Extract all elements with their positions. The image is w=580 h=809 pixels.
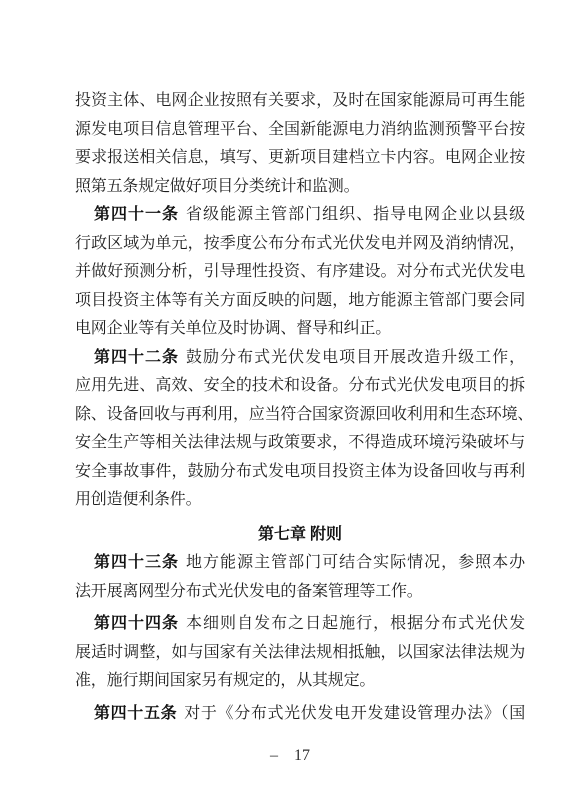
- document-line: 项目投资主体等有关方面反映的问题，地方能源主管部门要会同: [75, 287, 525, 316]
- document-line: 行政区域为单元，按季度公布分布式光伏发电并网及消纳情况，: [75, 230, 525, 259]
- article-text: 项目投资主体等有关方面反映的问题，地方能源主管部门要会同: [75, 292, 525, 309]
- document-line: 第四十三条地方能源主管部门可结合实际情况，参照本办: [75, 549, 525, 578]
- article-text: 本细则自发布之日起施行，根据分布式光伏发: [186, 615, 525, 632]
- document-page: 投资主体、电网企业按照有关要求，及时在国家能源局可再生能源发电项目信息管理平台、…: [0, 0, 580, 809]
- document-line: 安全生产等相关法律法规与政策要求，不得造成环境污染破坏与: [75, 429, 525, 458]
- page-footer: – 17: [0, 746, 580, 766]
- page-number: – 17: [270, 747, 310, 764]
- document-line: 要求报送相关信息，填写、更新项目建档立卡内容。电网企业按: [75, 144, 525, 173]
- document-line: 第四十二条鼓励分布式光伏发电项目开展改造升级工作，: [75, 344, 525, 373]
- article-text: 省级能源主管部门组织、指导电网企业以县级: [186, 206, 525, 223]
- article-text: 鼓励分布式光伏发电项目开展改造升级工作，: [186, 349, 525, 366]
- article-text: 源发电项目信息管理平台、全国新能源电力消纳监测预警平台按: [75, 121, 525, 138]
- chapter-heading: 第七章 附则: [75, 521, 525, 550]
- article-text: 安全生产等相关法律法规与政策要求，不得造成环境污染破坏与: [75, 434, 525, 451]
- article-text: 并做好预测分析，引导理性投资、有序建设。对分布式光伏发电: [75, 263, 525, 280]
- document-line: 照第五条规定做好项目分类统计和监测。: [75, 173, 525, 202]
- article-number: 第四十三条: [94, 554, 179, 571]
- article-text: 要求报送相关信息，填写、更新项目建档立卡内容。电网企业按: [75, 149, 525, 166]
- document-line: 并做好预测分析，引导理性投资、有序建设。对分布式光伏发电: [75, 258, 525, 287]
- document-line: 除、设备回收与再利用，应当符合国家资源回收利用和生态环境、: [75, 401, 525, 430]
- document-line: 电网企业等有关单位及时协调、督导和纠正。: [75, 315, 525, 344]
- article-text: 安全事故事件，鼓励分布式发电项目投资主体为设备回收与再利: [75, 463, 525, 480]
- article-text: 准，施行期间国家另有规定的，从其规定。: [75, 672, 375, 689]
- document-line: 准，施行期间国家另有规定的，从其规定。: [75, 667, 525, 696]
- document-line: 源发电项目信息管理平台、全国新能源电力消纳监测预警平台按: [75, 116, 525, 145]
- article-text: 对于《分布式光伏发电开发建设管理办法》（国: [184, 705, 525, 722]
- article-number: 第四十五条: [94, 705, 177, 722]
- document-line: 投资主体、电网企业按照有关要求，及时在国家能源局可再生能: [75, 87, 525, 116]
- document-line: 应用先进、高效、安全的技术和设备。分布式光伏发电项目的拆: [75, 372, 525, 401]
- article-text: 投资主体、电网企业按照有关要求，及时在国家能源局可再生能: [75, 92, 525, 109]
- document-line: 展适时调整，如与国家有关法律法规相抵触，以国家法律法规为: [75, 639, 525, 668]
- document-line: 法开展离网型分布式光伏发电的备案管理等工作。: [75, 578, 525, 607]
- article-number: 第四十二条: [94, 349, 179, 366]
- text-block: 投资主体、电网企业按照有关要求，及时在国家能源局可再生能源发电项目信息管理平台、…: [75, 87, 525, 728]
- article-text: 电网企业等有关单位及时协调、督导和纠正。: [75, 320, 391, 337]
- article-text: 照第五条规定做好项目分类统计和监测。: [75, 178, 359, 195]
- article-text: 展适时调整，如与国家有关法律法规相抵触，以国家法律法规为: [75, 644, 525, 661]
- document-line: 第四十四条本细则自发布之日起施行，根据分布式光伏发: [75, 610, 525, 639]
- article-text: 地方能源主管部门可结合实际情况，参照本办: [186, 554, 525, 571]
- article-text: 法开展离网型分布式光伏发电的备案管理等工作。: [75, 583, 423, 600]
- article-number: 第四十四条: [94, 615, 179, 632]
- article-text: 应用先进、高效、安全的技术和设备。分布式光伏发电项目的拆: [75, 377, 525, 394]
- article-text: 行政区域为单元，按季度公布分布式光伏发电并网及消纳情况，: [75, 235, 525, 252]
- document-line: 第四十一条省级能源主管部门组织、指导电网企业以县级: [75, 201, 525, 230]
- document-line: 第四十五条对于《分布式光伏发电开发建设管理办法》（国: [75, 700, 525, 729]
- article-number: 第四十一条: [94, 206, 179, 223]
- document-line: 安全事故事件，鼓励分布式发电项目投资主体为设备回收与再利: [75, 458, 525, 487]
- article-text: 用创造便利条件。: [75, 491, 201, 508]
- document-line: 用创造便利条件。: [75, 486, 525, 515]
- article-text: 除、设备回收与再利用，应当符合国家资源回收利用和生态环境、: [75, 406, 533, 423]
